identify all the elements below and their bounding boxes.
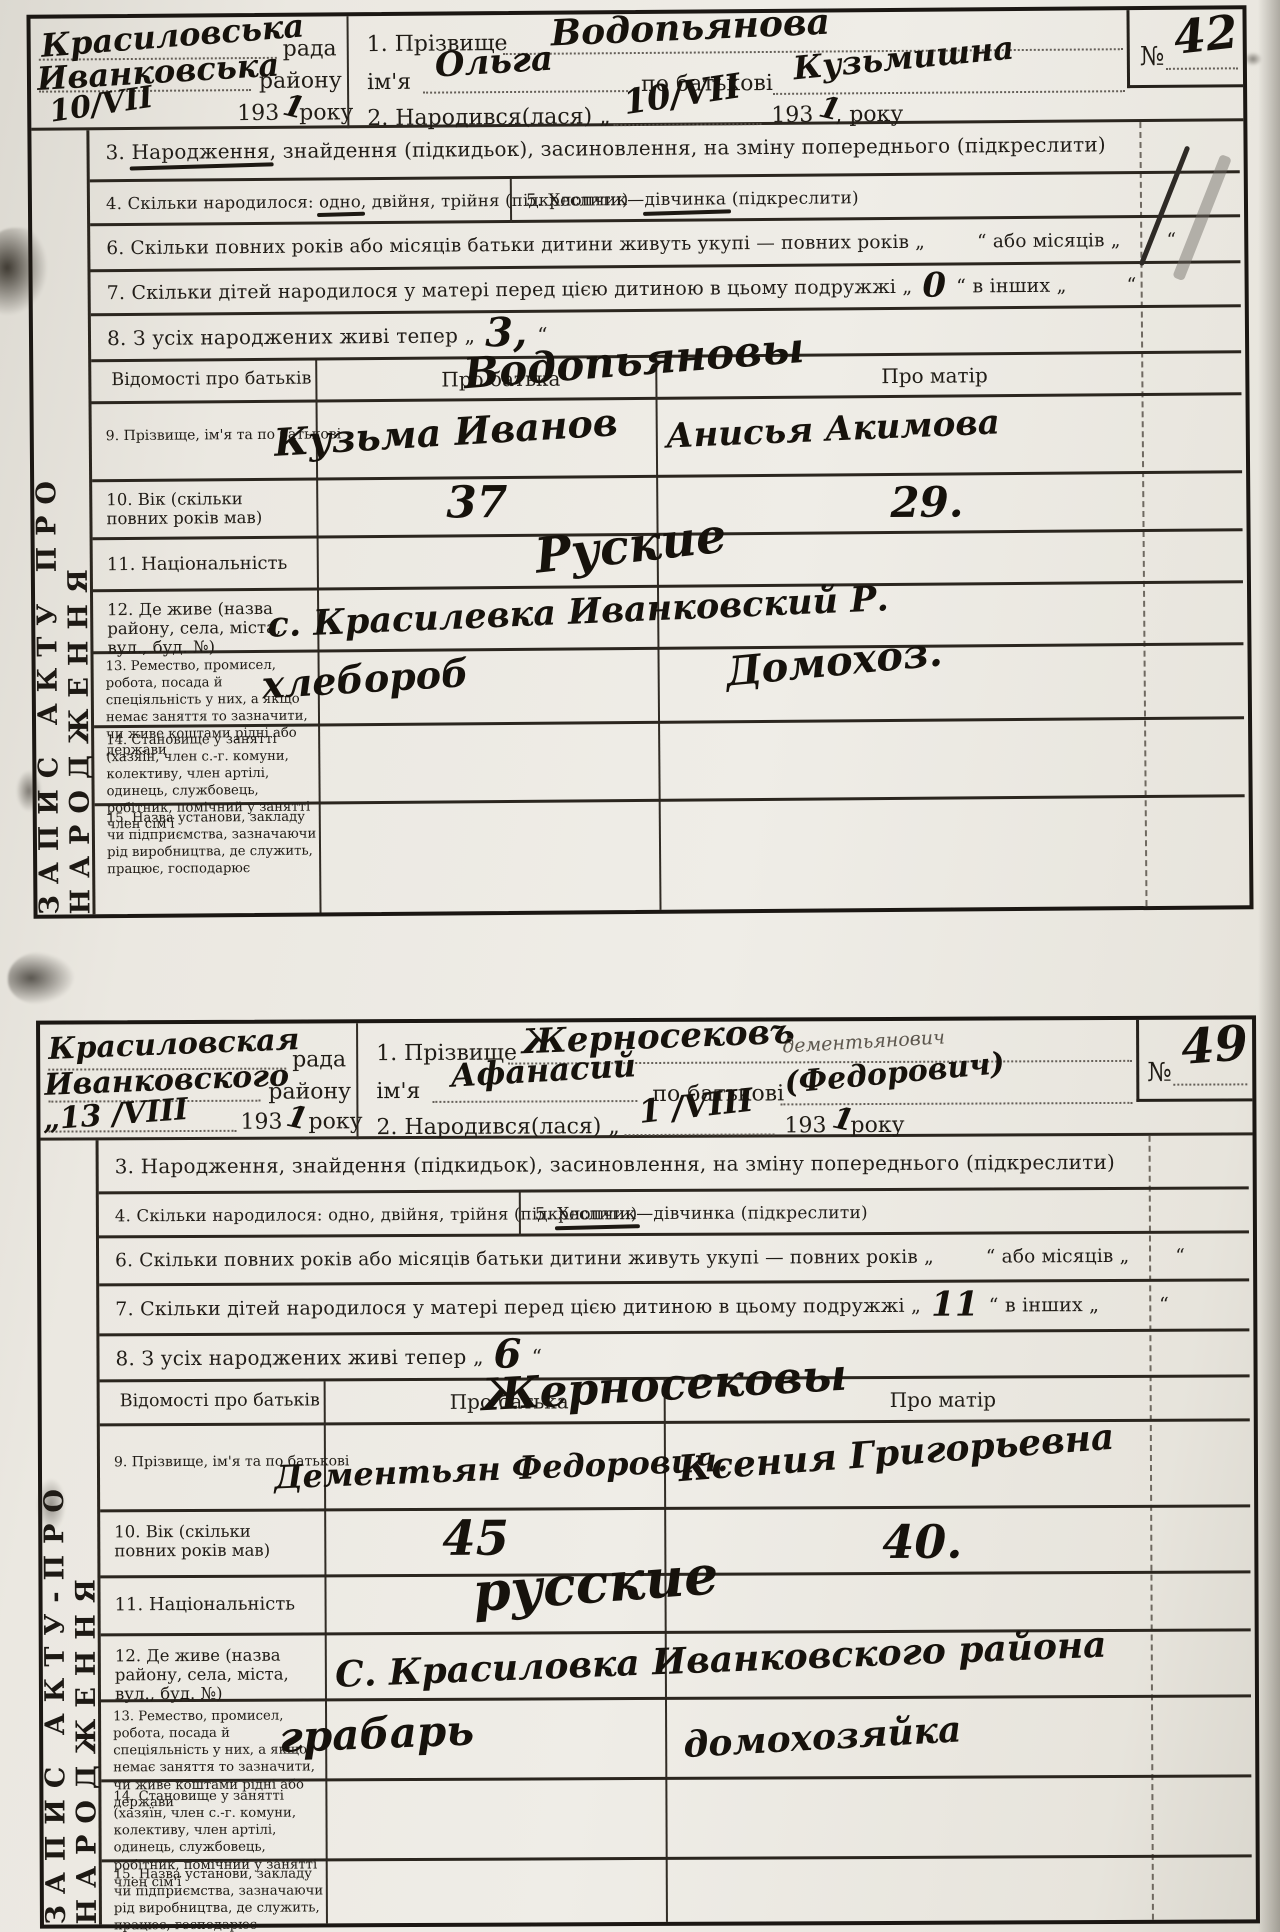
item3-post: , знайдення (підкидьок), засиновлення, н… [279, 1150, 1115, 1178]
item7-a: 7. Скільки дітей народилося у матері пер… [115, 1295, 921, 1321]
form1-row-3: 3. Народження, знайдення (підкидьок), за… [89, 121, 1239, 182]
item15-label: 15. Назва установи, закладу чи підприємс… [114, 1865, 324, 1932]
item6-c: “ [1175, 1246, 1185, 1267]
birth-record-form-2: рада району 193 1 року Красиловская Иван… [36, 1015, 1260, 1928]
item11-label: 11. Національність [115, 1594, 296, 1616]
hw-item7-value: 0 [912, 266, 956, 306]
item5-girl: дівчинка [653, 1204, 735, 1224]
item3-post: , знайдення (підкидьок), засиновлення, н… [270, 132, 1106, 163]
year-prefix: 193 [240, 1110, 282, 1135]
item4-pre: 4. Скільки народилося: [115, 1205, 328, 1225]
item5-girl-underlined: дівчинка [644, 189, 726, 210]
hw-father-age: 45 [442, 1515, 509, 1563]
hw-mother-age: 40. [882, 1519, 962, 1565]
year-prefix: 193 [784, 1113, 826, 1138]
form2-sidebar: ЗАПИС АКТУ-ПРО НАРОДЖЕННЯ [41, 1140, 102, 1924]
name-label: ім'я [367, 70, 411, 95]
item8-b: “ [532, 1344, 543, 1368]
item3-word: Народження [141, 1154, 279, 1179]
form2-row-13: 13. Ремество, промисел, робота, посада й… [101, 1697, 1251, 1782]
form2-row-14: 14. Становище у занятті (хазяїн, член с.… [101, 1777, 1251, 1862]
name-label: ім'я [376, 1079, 420, 1104]
item8-a: 8. З усіх народжених живі тепер „ [115, 1345, 483, 1371]
roku-label: року [850, 1113, 904, 1138]
item5-boy-underlined: Хлопчик [557, 1204, 636, 1224]
rada-label: рада [292, 1047, 346, 1072]
item3-underlined-word: Народження [132, 139, 270, 164]
ink-stain [8, 952, 74, 1004]
item10-label: 10. Вік (скільки повних років мав) [114, 1521, 314, 1560]
page-edge-shadow [1258, 0, 1280, 1932]
item6-b: “ або місяців „ [977, 230, 1121, 252]
roku-label: року [308, 1109, 362, 1134]
no-sign: № [1147, 1058, 1172, 1088]
no-sign: № [1140, 42, 1165, 72]
hw-item7-value: 11 [921, 1285, 989, 1325]
item7-c: “ [1159, 1294, 1169, 1316]
th-parents: Відомості про батьків [120, 1390, 320, 1411]
item6-b: “ або місяців „ [986, 1246, 1130, 1268]
record-number-box: № 42 [1126, 9, 1243, 88]
hw-father-age: 37 [446, 481, 508, 525]
item5-dash: — [627, 190, 644, 210]
hw-record-number: 42 [1171, 8, 1240, 61]
hw-child-name: Ольга [434, 42, 554, 83]
hw-father-occupation: грабарь [278, 1709, 474, 1759]
item5-post: (підкреслити) [726, 188, 859, 209]
dotted-line [1173, 1083, 1247, 1085]
item7-b: “ в інших „ [956, 275, 1067, 298]
th-mother: Про матір [881, 363, 988, 388]
form1-row-14: 14. Становище у занятті (хазяїн, член с.… [94, 719, 1245, 806]
item11-label: 11. Національність [107, 553, 288, 575]
item5-pre: 5. [535, 1204, 557, 1224]
item4-pre: 4. Скільки народилося: [106, 193, 319, 214]
roku-label: року [299, 100, 353, 125]
item4-word: одно [328, 1205, 370, 1224]
item6-a: 6. Скільки повних років або місяців бать… [106, 232, 925, 259]
hw-nationality: русские [471, 1547, 720, 1619]
item7-a: 7. Скільки дітей народилося у матері пер… [107, 276, 913, 304]
th-parents: Відомості про батьків [111, 369, 311, 391]
item5-dash: — [636, 1204, 653, 1224]
form2-row-4-5: 4. Скільки народилося: одно, двійня, трі… [99, 1189, 1249, 1238]
item5-post: (підкреслити) [735, 1203, 868, 1224]
form1-row-15: 15. Назва установи, закладу чи підприємс… [95, 797, 1246, 914]
form2-row-6: 6. Скільки повних років або місяців бать… [99, 1233, 1249, 1286]
form2-row-15: 15. Назва установи, закладу чи підприємс… [102, 1857, 1252, 1924]
birth-record-form-1: рада району 193 1 року Красиловська Иван… [26, 5, 1253, 919]
sidebar-vertical-title: ЗАПИС АКТУ-ПРО НАРОДЖЕННЯ [37, 1140, 102, 1924]
item5-pre: 5. [526, 191, 548, 211]
item4-underlined-word: одно [319, 192, 361, 211]
year-prefix: 193 [237, 101, 279, 126]
item7-c: “ [1127, 274, 1137, 296]
hw-child-name: Афанасий [449, 1049, 636, 1091]
form2-row-7: 7. Скільки дітей народилося у матері пер… [99, 1281, 1249, 1336]
item6-c: “ [1167, 230, 1177, 251]
item10-label: 10. Вік (скільки повних років мав) [106, 489, 306, 529]
item3-pre: 3. [105, 140, 131, 164]
item7-b: “ в інших „ [989, 1294, 1099, 1316]
born-label: 2. Народився(лася) „ [376, 1114, 619, 1140]
item12-label: 12. Де живе (назва району, села, міста, … [115, 1645, 320, 1703]
item8-a: 8. З усіх народжених живі тепер „ [107, 323, 475, 350]
hw-mother-age: 29. [890, 481, 963, 524]
item5-boy: Хлопчик [548, 190, 627, 211]
hw-father-occupation: хлебороб [261, 654, 470, 704]
dotted-line [1166, 67, 1238, 70]
scanned-document-page: рада району 193 1 року Красиловська Иван… [0, 0, 1280, 1932]
item6-a: 6. Скільки повних років або місяців бать… [115, 1247, 934, 1272]
form2-row-3: 3. Народження, знайдення (підкидьок), за… [99, 1135, 1249, 1194]
hw-record-number: 49 [1179, 1019, 1249, 1072]
item3-pre: 3. [115, 1154, 141, 1178]
record-number-box: № 49 [1136, 1019, 1252, 1102]
item15-label: 15. Назва установи, закладу чи підприємс… [107, 810, 318, 879]
hw-child-surname: Водопьянова [550, 4, 831, 52]
th-mother: Про матір [890, 1387, 996, 1411]
